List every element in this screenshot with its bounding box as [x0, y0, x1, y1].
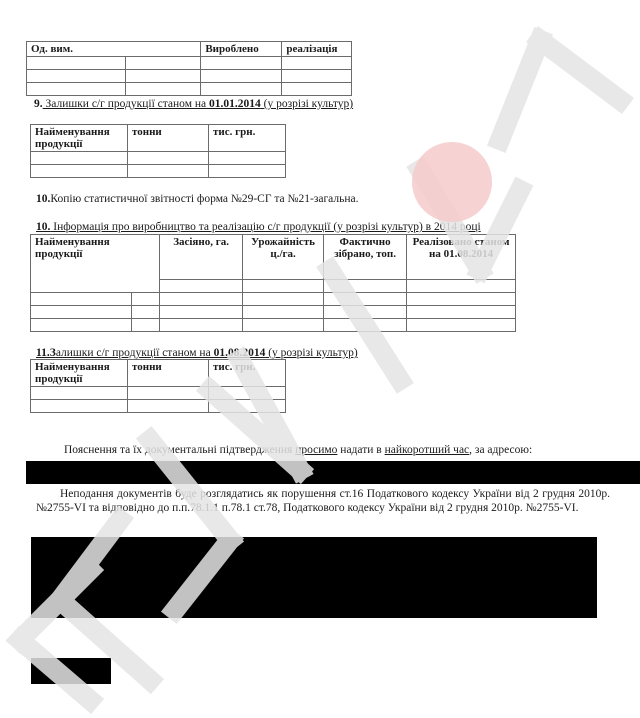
stock-table-2014-01: Найменування продукції тонни тис. грн. [30, 124, 286, 178]
cell[interactable] [132, 306, 160, 319]
heading-text: Копію статистичної звітності форма №29-С… [50, 193, 358, 205]
cell[interactable] [282, 57, 352, 70]
header-unit: Од. вим. [27, 42, 201, 57]
section-10-statistics-heading: 10.Копію статистичної звітності форма №2… [36, 193, 359, 205]
request-text-underlined: просимо [295, 444, 337, 456]
header-product-name: Найменування продукції [31, 235, 160, 293]
cell[interactable] [324, 306, 407, 319]
header-product-name: Найменування продукції [31, 360, 128, 387]
production-table-top: Од. вим. Вироблено реалізація [26, 41, 352, 96]
cell[interactable] [31, 165, 128, 178]
cell[interactable] [282, 70, 352, 83]
cell[interactable] [128, 400, 209, 413]
cell[interactable] [31, 319, 132, 332]
cell[interactable] [243, 280, 324, 293]
section-11-heading: 11.Залишки с/г продукції станом на 01.08… [36, 347, 358, 359]
cell[interactable] [324, 319, 407, 332]
cell[interactable] [201, 57, 282, 70]
cell[interactable] [160, 280, 243, 293]
cell[interactable] [126, 83, 201, 96]
cell[interactable] [407, 280, 516, 293]
cell[interactable] [128, 387, 209, 400]
header-tonnes: тонни [128, 125, 209, 152]
watermark-red-circle [412, 142, 492, 222]
heading-date: 01.01.2014 [209, 98, 261, 110]
request-paragraph: Пояснення та їх документальні підтвердже… [64, 444, 532, 456]
stock-table-2014-08: Найменування продукції тонни тис. грн. [30, 359, 286, 413]
cell[interactable] [126, 57, 201, 70]
header-produced: Вироблено [201, 42, 282, 57]
cell[interactable] [209, 400, 286, 413]
cell[interactable] [324, 280, 407, 293]
warning-paragraph: Неподання документів буде розглядатись я… [36, 487, 610, 515]
heading-text: (у розрізі культур) [265, 347, 357, 359]
request-text-underlined: найкоротший час [385, 444, 470, 456]
header-sown-area: Засіяно, га. [160, 235, 243, 280]
cell[interactable] [160, 319, 243, 332]
header-sold: реалізація [282, 42, 352, 57]
header-tonnes: тонни [128, 360, 209, 387]
cell[interactable] [201, 83, 282, 96]
section-number: 10. [36, 221, 50, 233]
cell[interactable] [324, 293, 407, 306]
cell[interactable] [282, 83, 352, 96]
redacted-signature-block [31, 537, 597, 618]
cell[interactable] [31, 152, 128, 165]
header-thousand-uah: тис. грн. [209, 125, 286, 152]
header-product-name: Найменування продукції [31, 125, 128, 152]
cell[interactable] [31, 387, 128, 400]
header-harvested: Фактично зібрано, топ. [324, 235, 407, 280]
cell[interactable] [160, 293, 243, 306]
request-text: надати в [337, 444, 384, 456]
section-number: 11.З [36, 347, 56, 359]
cell[interactable] [31, 293, 132, 306]
redacted-footer [31, 658, 111, 684]
header-thousand-uah: тис. грн. [209, 360, 286, 387]
cell[interactable] [128, 165, 209, 178]
cell[interactable] [128, 152, 209, 165]
cell[interactable] [209, 152, 286, 165]
request-text: , за адресою: [469, 444, 532, 456]
header-yield: Урожайність ц./га. [243, 235, 324, 280]
cell[interactable] [209, 165, 286, 178]
cell[interactable] [209, 387, 286, 400]
cell[interactable] [201, 70, 282, 83]
cell[interactable] [407, 319, 516, 332]
cell[interactable] [407, 293, 516, 306]
cell[interactable] [27, 70, 126, 83]
cell[interactable] [407, 306, 516, 319]
header-sold-by-date: Реалізовано станом на 01.08.2014 [407, 235, 516, 280]
heading-date: 01.08.2014 [214, 347, 266, 359]
heading-text: Залишки с/г продукції станом на [43, 98, 209, 110]
cell[interactable] [132, 319, 160, 332]
cell[interactable] [31, 400, 128, 413]
cell[interactable] [126, 70, 201, 83]
heading-text: (у розрізі культур) [261, 98, 353, 110]
redacted-address [26, 461, 640, 484]
cell[interactable] [31, 306, 132, 319]
heading-text: алишки с/г продукції станом на [56, 347, 214, 359]
cell[interactable] [27, 83, 126, 96]
section-number: 10. [36, 193, 50, 205]
cell[interactable] [243, 293, 324, 306]
cell[interactable] [160, 306, 243, 319]
cell[interactable] [27, 57, 126, 70]
request-text: Пояснення та їх документальні підтвердже… [64, 444, 295, 456]
cell[interactable] [243, 306, 324, 319]
section-10-production-heading: 10. Інформація про виробництво та реаліз… [36, 221, 481, 233]
production-table-2014: Найменування продукції Засіяно, га. Урож… [30, 234, 516, 332]
cell[interactable] [243, 319, 324, 332]
section-number: 9. [34, 98, 43, 110]
section-9-heading: 9. Залишки с/г продукції станом на 01.01… [34, 98, 353, 110]
cell[interactable] [132, 293, 160, 306]
heading-text: Інформація про виробництво та реалізацію… [50, 221, 480, 233]
